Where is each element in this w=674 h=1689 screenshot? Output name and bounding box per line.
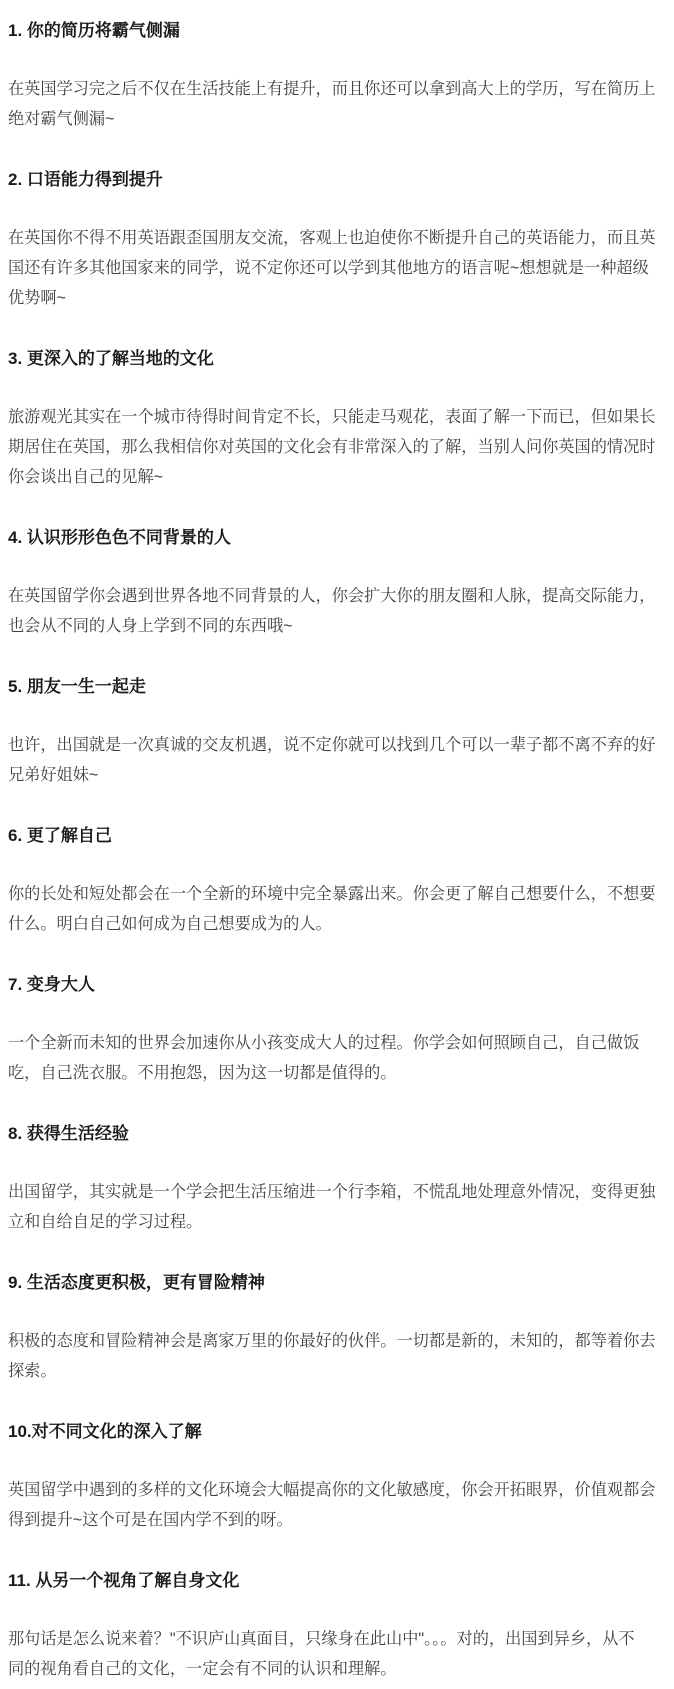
article-section: 4. 认识形形色色不同背景的人 在英国留学你会遇到世界各地不同背景的人，你会扩大… xyxy=(8,523,664,641)
section-paragraph: 出国留学，其实就是一个学会把生活压缩进一个行李箱，不慌乱地处理意外情况，变得更独… xyxy=(8,1177,664,1237)
article-section: 1. 你的简历将霸气侧漏 在英国学习完之后不仅在生活技能上有提升，而且你还可以拿… xyxy=(8,16,664,134)
section-heading: 9. 生活态度更积极，更有冒险精神 xyxy=(8,1268,664,1298)
section-heading: 2. 口语能力得到提升 xyxy=(8,165,664,195)
article-section: 6. 更了解自己 你的长处和短处都会在一个全新的环境中完全暴露出来。你会更了解自… xyxy=(8,821,664,939)
section-heading: 10.对不同文化的深入了解 xyxy=(8,1417,664,1447)
section-heading: 8. 获得生活经验 xyxy=(8,1119,664,1149)
article-page: 1. 你的简历将霸气侧漏 在英国学习完之后不仅在生活技能上有提升，而且你还可以拿… xyxy=(0,0,674,1684)
article-section: 7. 变身大人 一个全新而未知的世界会加速你从小孩变成大人的过程。你学会如何照顾… xyxy=(8,970,664,1088)
section-paragraph: 积极的态度和冒险精神会是离家万里的你最好的伙伴。一切都是新的，未知的，都等着你去… xyxy=(8,1326,664,1386)
section-paragraph: 在英国留学你会遇到世界各地不同背景的人，你会扩大你的朋友圈和人脉，提高交际能力，… xyxy=(8,581,664,641)
section-heading: 3. 更深入的了解当地的文化 xyxy=(8,344,664,374)
section-heading: 5. 朋友一生一起走 xyxy=(8,672,664,702)
section-paragraph: 在英国学习完之后不仅在生活技能上有提升，而且你还可以拿到高大上的学历，写在简历上… xyxy=(8,74,664,134)
article-section: 3. 更深入的了解当地的文化 旅游观光其实在一个城市待得时间肯定不长，只能走马观… xyxy=(8,344,664,492)
section-paragraph: 也许，出国就是一次真诚的交友机遇，说不定你就可以找到几个可以一辈子都不离不弃的好… xyxy=(8,730,664,790)
section-paragraph: 英国留学中遇到的多样的文化环境会大幅提高你的文化敏感度，你会开拓眼界，价值观都会… xyxy=(8,1475,664,1535)
section-heading: 6. 更了解自己 xyxy=(8,821,664,851)
article-section: 8. 获得生活经验 出国留学，其实就是一个学会把生活压缩进一个行李箱，不慌乱地处… xyxy=(8,1119,664,1237)
article-section: 9. 生活态度更积极，更有冒险精神 积极的态度和冒险精神会是离家万里的你最好的伙… xyxy=(8,1268,664,1386)
section-paragraph: 在英国你不得不用英语跟歪国朋友交流，客观上也迫使你不断提升自己的英语能力，而且英… xyxy=(8,223,664,313)
section-heading: 1. 你的简历将霸气侧漏 xyxy=(8,16,664,46)
section-heading: 11. 从另一个视角了解自身文化 xyxy=(8,1566,664,1596)
article-section: 5. 朋友一生一起走 也许，出国就是一次真诚的交友机遇，说不定你就可以找到几个可… xyxy=(8,672,664,790)
section-paragraph: 那句话是怎么说来着？"不识庐山真面目，只缘身在此山中"。。。对的，出国到异乡，从… xyxy=(8,1624,664,1684)
section-paragraph: 你的长处和短处都会在一个全新的环境中完全暴露出来。你会更了解自己想要什么，不想要… xyxy=(8,879,664,939)
article-section: 11. 从另一个视角了解自身文化 那句话是怎么说来着？"不识庐山真面目，只缘身在… xyxy=(8,1566,664,1684)
section-heading: 7. 变身大人 xyxy=(8,970,664,1000)
article-section: 10.对不同文化的深入了解 英国留学中遇到的多样的文化环境会大幅提高你的文化敏感… xyxy=(8,1417,664,1535)
section-paragraph: 旅游观光其实在一个城市待得时间肯定不长，只能走马观花，表面了解一下而已，但如果长… xyxy=(8,402,664,492)
section-paragraph: 一个全新而未知的世界会加速你从小孩变成大人的过程。你学会如何照顾自己，自己做饭 … xyxy=(8,1028,664,1088)
article-section: 2. 口语能力得到提升 在英国你不得不用英语跟歪国朋友交流，客观上也迫使你不断提… xyxy=(8,165,664,313)
section-heading: 4. 认识形形色色不同背景的人 xyxy=(8,523,664,553)
